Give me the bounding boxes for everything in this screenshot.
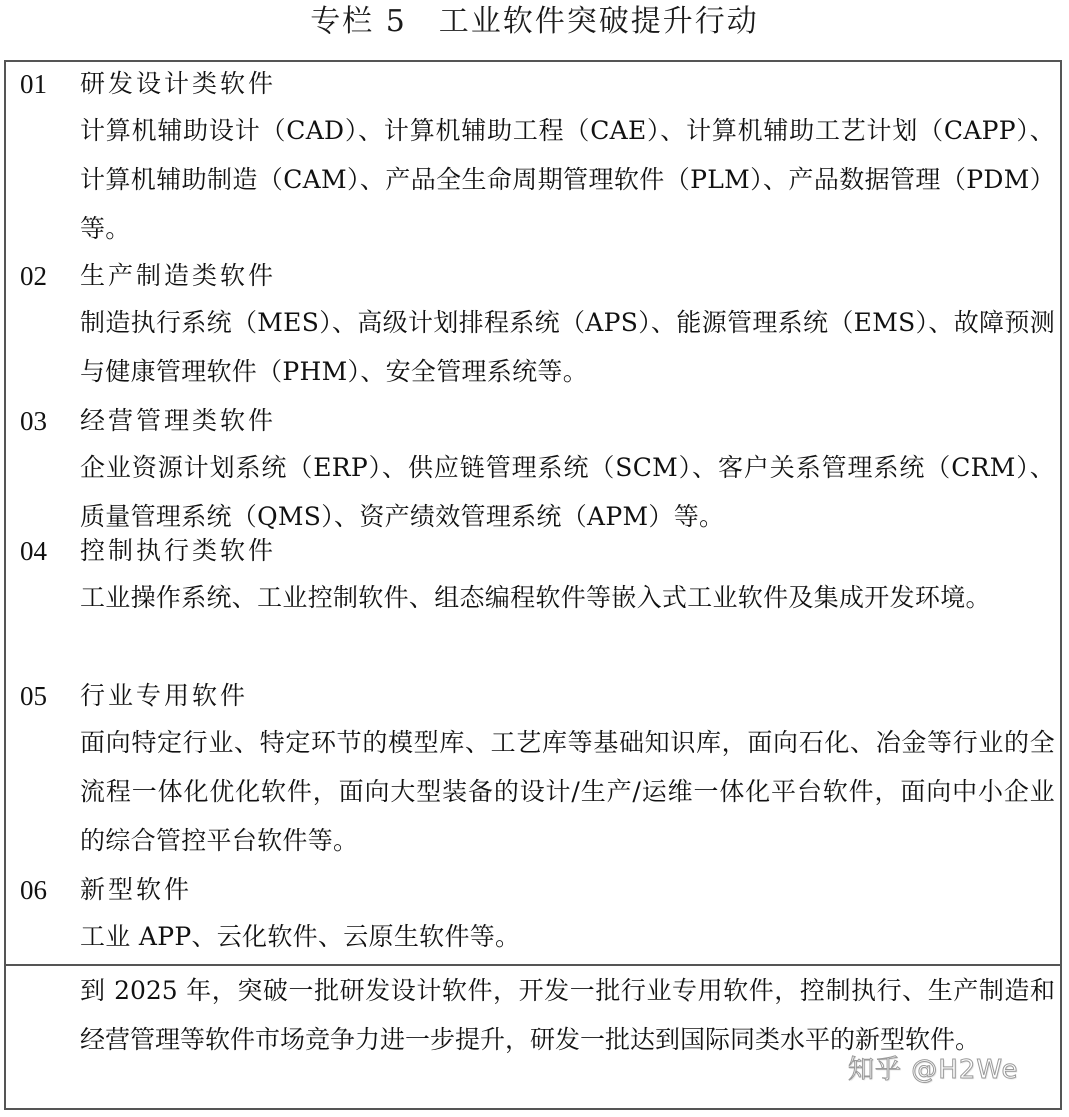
section-number: 03	[20, 401, 47, 441]
section-label: 生产制造类软件	[80, 256, 276, 296]
section-body: 企业资源计划系统（ERP）、供应链管理系统（SCM）、客户关系管理系统（CRM）…	[80, 443, 1055, 541]
section-number: 06	[20, 870, 47, 910]
section-body: 制造执行系统（MES）、高级计划排程系统（APS）、能源管理系统（EMS）、故障…	[80, 298, 1055, 396]
column-title: 专栏 5 工业软件突破提升行动	[0, 2, 1069, 42]
section-number: 01	[20, 64, 47, 104]
section-body: 面向特定行业、特定环节的模型库、工艺库等基础知识库，面向石化、冶金等行业的全流程…	[80, 718, 1055, 865]
section-body: 工业 APP、云化软件、云原生软件等。	[80, 912, 1055, 961]
section-number: 02	[20, 256, 47, 296]
section-label: 新型软件	[80, 870, 192, 910]
section-body: 工业操作系统、工业控制软件、组态编程软件等嵌入式工业软件及集成开发环境。	[80, 573, 1055, 622]
section-number: 04	[20, 531, 47, 571]
section-body: 计算机辅助设计（CAD）、计算机辅助工程（CAE）、计算机辅助工艺计划（CAPP…	[80, 106, 1055, 253]
section-label: 研发设计类软件	[80, 64, 276, 104]
section-number: 05	[20, 676, 47, 716]
column-box: 01 研发设计类软件 计算机辅助设计（CAD）、计算机辅助工程（CAE）、计算机…	[4, 60, 1062, 1110]
section-label: 经营管理类软件	[80, 401, 276, 441]
watermark: 知乎 @H2We	[848, 1052, 1019, 1088]
section-label: 行业专用软件	[80, 676, 248, 716]
section-label: 控制执行类软件	[80, 531, 276, 571]
summary-paragraph: 到 2025 年，突破一批研发设计软件，开发一批行业专用软件，控制执行、生产制造…	[80, 966, 1055, 1064]
